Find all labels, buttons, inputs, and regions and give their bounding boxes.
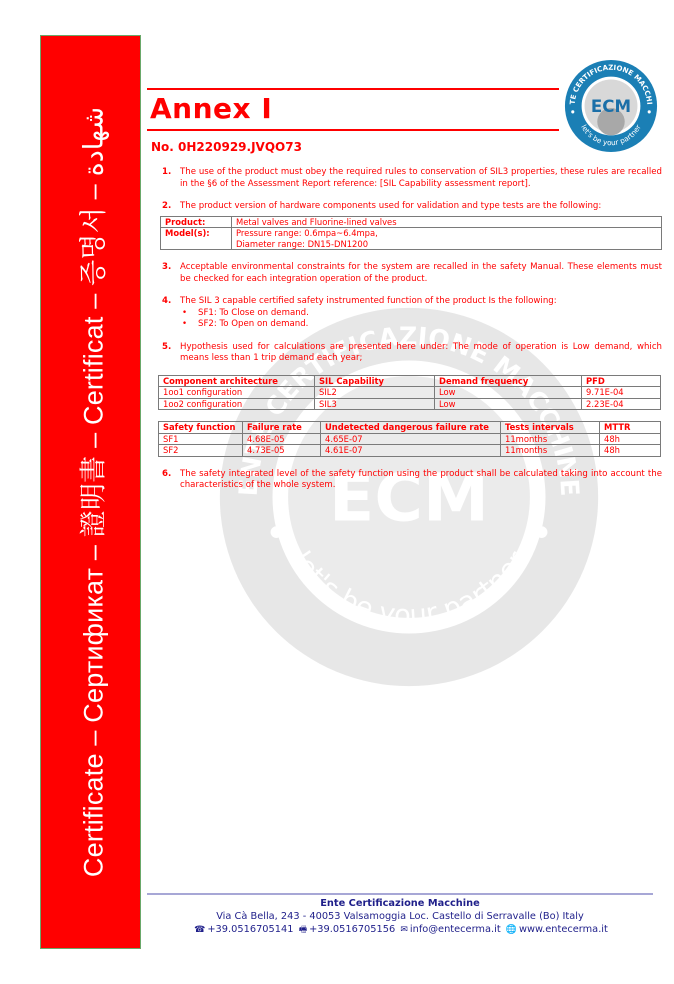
item-1: 1. The use of the product must obey the …	[160, 167, 662, 190]
item-6: 6. The safety integrated level of the sa…	[160, 469, 662, 492]
svg-text:ECM: ECM	[591, 97, 631, 116]
page-title: Annex I	[150, 92, 272, 125]
header-undetected-dangerous-failure-rate: Undetected dangerous failure rate	[321, 422, 501, 434]
item-4: 4. The SIL 3 capable certified safety in…	[160, 296, 662, 308]
models-value: Pressure range: 0.6mpa~6.4mpa, Diameter …	[232, 228, 662, 250]
certificate-sidebar: Certificate – Сертификат – 證明書 – Certifi…	[40, 35, 141, 949]
item-number: 3.	[162, 262, 171, 274]
cell: 4.68E-05	[243, 433, 321, 445]
item-text: The use of the product must obey the req…	[180, 167, 662, 189]
cell: 9.71E-04	[582, 387, 661, 399]
phone-icon: ☎	[194, 925, 205, 935]
svg-text:let's be your partner: let's be your partner	[285, 545, 533, 631]
cell: 4.61E-07	[321, 445, 501, 457]
header-mttr: MTTR	[600, 422, 661, 434]
models-diameter-range: Diameter range: DN15-DN1200	[236, 239, 657, 250]
cell: 4.73E-05	[243, 445, 321, 457]
fax-icon: 🖷	[299, 925, 308, 935]
footer-phone: +39.0516705141	[207, 924, 293, 935]
table-row: 1oo2 configuration SIL3 Low 2.23E-04	[159, 398, 661, 410]
footer-fax: +39.0516705156	[309, 924, 395, 935]
table-row: SF2 4.73E-05 4.61E-07 11months 48h	[159, 445, 661, 457]
item-2: 2. The product version of hardware compo…	[160, 201, 662, 213]
item-number: 4.	[162, 296, 171, 308]
sidebar-multilingual-text: Certificate – Сертификат – 證明書 – Certifi…	[71, 107, 110, 877]
list-item: SF1: To Close on demand.	[180, 308, 662, 320]
header-demand-frequency: Demand frequency	[435, 375, 582, 387]
table-row: SF1 4.68E-05 4.65E-07 11months 48h	[159, 433, 661, 445]
cell: 2.23E-04	[582, 398, 661, 410]
cell: 1oo2 configuration	[159, 398, 315, 410]
certificate-number: No. 0H220929.JVQO73	[151, 140, 302, 154]
item-5: 5. Hypothesis used for calculations are …	[160, 342, 662, 365]
cell: 11months	[501, 445, 600, 457]
cell: SF2	[159, 445, 243, 457]
footer-rule	[147, 893, 653, 895]
item-text: The SIL 3 capable certified safety instr…	[180, 296, 557, 306]
header-failure-rate: Failure rate	[243, 422, 321, 434]
cell: 11months	[501, 433, 600, 445]
item-number: 2.	[162, 201, 171, 213]
architecture-table: Component architecture SIL Capability De…	[158, 375, 661, 411]
footer-website[interactable]: www.entecerma.it	[519, 924, 608, 935]
item-text: The safety integrated level of the safet…	[180, 469, 662, 491]
models-label: Model(s):	[161, 228, 232, 250]
footer-company: Ente Certificazione Macchine	[147, 897, 653, 910]
cell: 4.65E-07	[321, 433, 501, 445]
header-tests-intervals: Tests intervals	[501, 422, 600, 434]
item-number: 5.	[162, 342, 171, 354]
item-text: Hypothesis used for calculations are pre…	[180, 342, 662, 364]
item-text: The product version of hardware componen…	[180, 201, 601, 211]
title-top-rule	[147, 88, 559, 90]
header-sil-capability: SIL Capability	[315, 375, 435, 387]
safety-function-table: Safety function Failure rate Undetected …	[158, 421, 661, 457]
cell: SIL3	[315, 398, 435, 410]
cell: Low	[435, 398, 582, 410]
models-pressure-range: Pressure range: 0.6mpa~6.4mpa,	[236, 228, 657, 239]
annex-content: 1. The use of the product must obey the …	[160, 167, 662, 492]
cell: 48h	[600, 433, 661, 445]
footer-contacts: ☎+39.0516705141 🖷+39.0516705156 ✉info@en…	[147, 923, 653, 937]
item-number: 1.	[162, 167, 171, 179]
cell: SIL2	[315, 387, 435, 399]
cell: 48h	[600, 445, 661, 457]
cell: SF1	[159, 433, 243, 445]
table-header-row: Safety function Failure rate Undetected …	[159, 422, 661, 434]
header-pfd: PFD	[582, 375, 661, 387]
item-3: 3. Acceptable environmental constraints …	[160, 262, 662, 285]
table-row: 1oo1 configuration SIL2 Low 9.71E-04	[159, 387, 661, 399]
footer-address: Via Cà Bella, 243 - 40053 Valsamoggia Lo…	[147, 910, 653, 923]
footer: Ente Certificazione Macchine Via Cà Bell…	[147, 897, 653, 937]
item-number: 6.	[162, 469, 171, 481]
cell: 1oo1 configuration	[159, 387, 315, 399]
footer-email[interactable]: info@entecerma.it	[410, 924, 501, 935]
header-component-architecture: Component architecture	[159, 375, 315, 387]
item-text: Acceptable environmental constraints for…	[180, 262, 662, 284]
ecm-logo: ECM ENTE CERTIFICAZIONE MACCHINE let's b…	[562, 57, 660, 155]
cell: Low	[435, 387, 582, 399]
safety-function-list: SF1: To Close on demand. SF2: To Open on…	[160, 308, 662, 331]
email-icon: ✉	[400, 925, 408, 935]
list-item: SF2: To Open on demand.	[180, 319, 662, 331]
product-table: Product: Metal valves and Fluorine-lined…	[160, 216, 662, 251]
globe-icon: 🌐	[506, 925, 517, 935]
title-bottom-rule	[147, 129, 559, 131]
table-header-row: Component architecture SIL Capability De…	[159, 375, 661, 387]
product-label: Product:	[161, 216, 232, 228]
header-safety-function: Safety function	[159, 422, 243, 434]
product-value: Metal valves and Fluorine-lined valves	[232, 216, 662, 228]
